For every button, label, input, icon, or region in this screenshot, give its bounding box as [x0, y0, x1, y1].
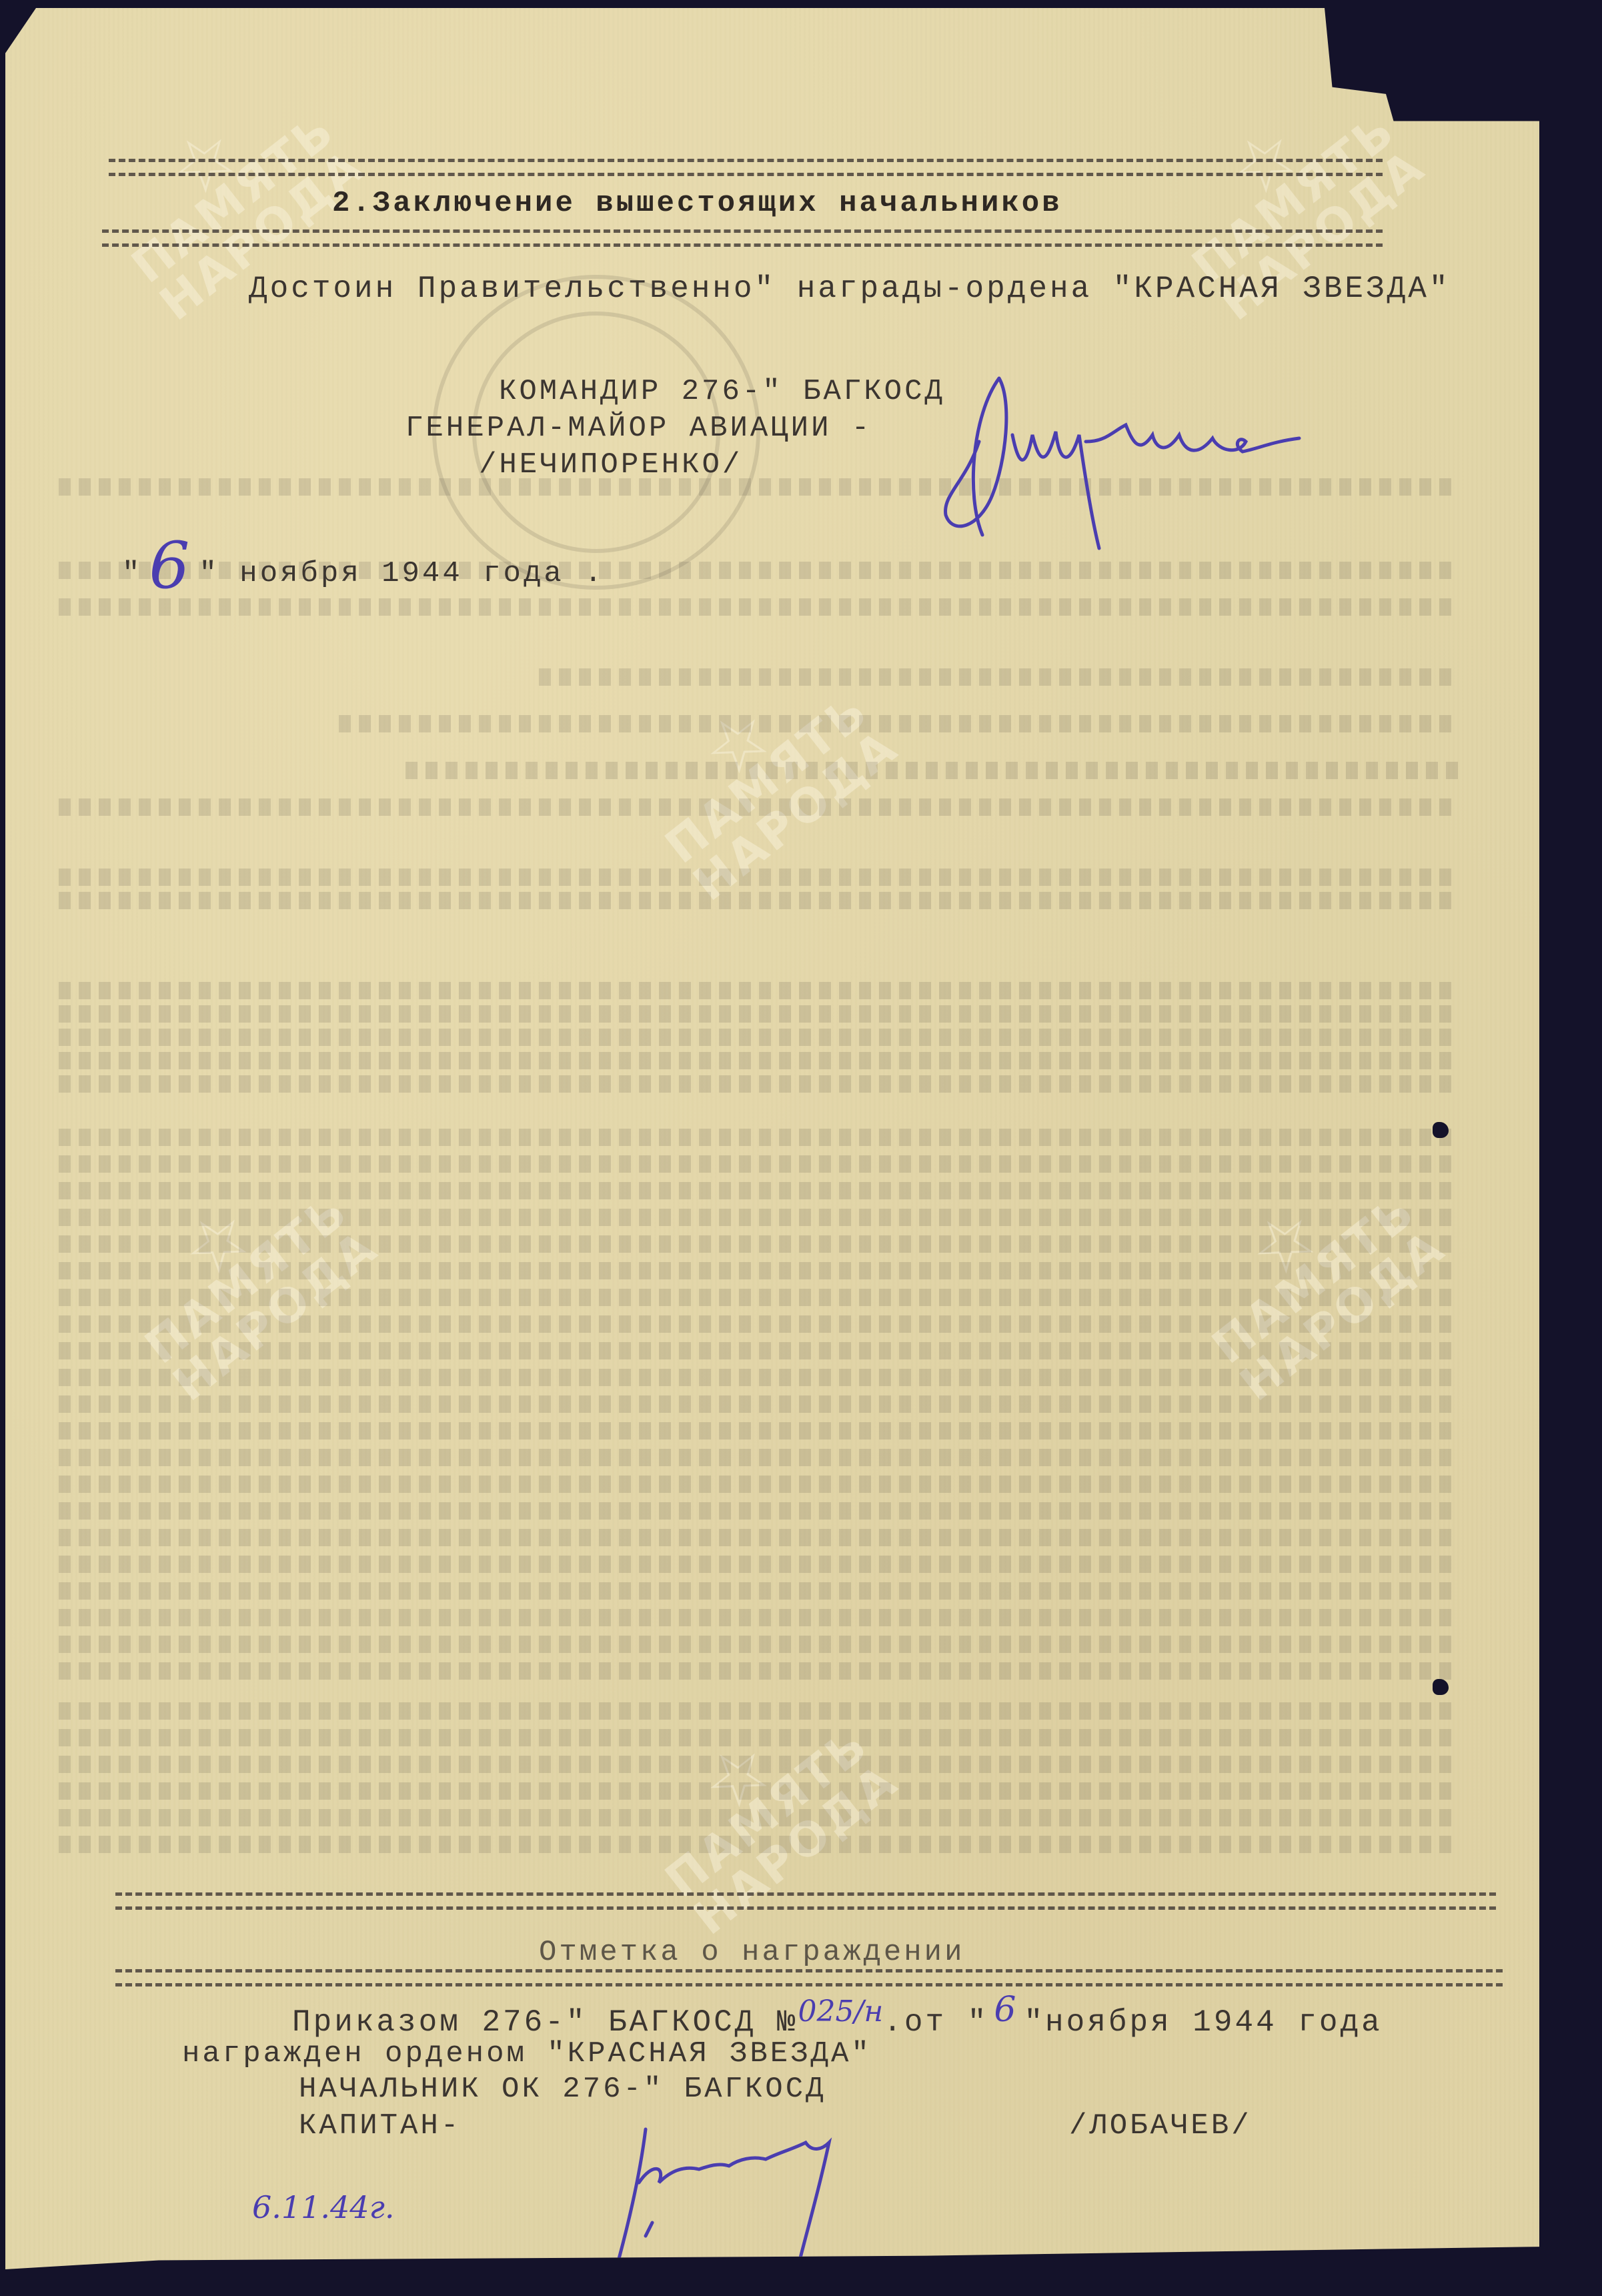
bleed-through-text — [59, 869, 1459, 886]
bleed-through-text — [59, 1289, 1459, 1306]
award-section-title: Отметка о награждении — [539, 1936, 965, 1969]
bleed-through-text — [59, 1476, 1459, 1493]
conclusion-text: Достоин Правительственно" награды-ордена… — [249, 271, 1450, 306]
date-line: "6" ноября 1944 года . — [122, 522, 605, 596]
paper-damage — [1433, 1122, 1449, 1138]
bleed-through-text — [59, 1702, 1459, 1720]
double-rule — [102, 229, 1383, 247]
bleed-through-text — [59, 1052, 1459, 1069]
bleed-through-text — [59, 1836, 1459, 1853]
bleed-through-text — [59, 1756, 1459, 1773]
bleed-through-text — [59, 1529, 1459, 1546]
document-page: ☆ПАМЯТЬНАРОДА ☆ПАМЯТЬНАРОДА ☆ПАМЯТЬНАРОД… — [5, 8, 1539, 2269]
awarded-line: награжден орденом "КРАСНАЯ ЗВЕЗДА" — [182, 2037, 872, 2071]
bleed-through-text — [59, 1155, 1459, 1173]
bleed-through-text — [59, 1782, 1459, 1800]
bleed-through-text — [59, 1029, 1459, 1046]
bleed-through-text — [59, 1209, 1459, 1226]
signature-nechiporenko — [926, 362, 1459, 562]
bleed-through-text — [59, 1449, 1459, 1466]
double-rule — [115, 1892, 1496, 1910]
signatory-rank: ГЕНЕРАЛ-МАЙОР АВИАЦИИ - — [406, 412, 872, 445]
bleed-through-text — [59, 1005, 1459, 1023]
bleed-through-text — [59, 1342, 1459, 1359]
bleed-through-text — [59, 798, 1459, 816]
bleed-through-text — [59, 598, 1459, 616]
signature-lobachev — [592, 2103, 1072, 2289]
bleed-through-text — [59, 892, 1459, 909]
bleed-through-text — [59, 982, 1459, 999]
official-position: НАЧАЛЬНИК ОК 276-" БАГКОСД — [299, 2073, 826, 2106]
bleed-through-text — [406, 762, 1459, 779]
bleed-through-text — [59, 1502, 1459, 1520]
official-rank: КАПИТАН- — [299, 2109, 461, 2143]
bleed-through-text — [59, 1422, 1459, 1440]
double-rule — [115, 1969, 1503, 1986]
bleed-through-text — [59, 1729, 1459, 1746]
handwritten-date: 6.11.44г. — [252, 2189, 394, 2225]
official-name: /ЛОБАЧЕВ/ — [1069, 2109, 1252, 2143]
bleed-through-text — [59, 1315, 1459, 1333]
bleed-through-text — [59, 1636, 1459, 1653]
bleed-through-text — [59, 1262, 1459, 1279]
handwritten-day: 6 — [149, 528, 192, 603]
bleed-through-text — [59, 1369, 1459, 1386]
bleed-through-text — [339, 715, 1459, 732]
handwritten-order-day: 6 — [994, 1990, 1018, 2030]
double-rule — [109, 159, 1383, 176]
paper-damage — [1433, 1679, 1449, 1695]
signatory-position: КОМАНДИР 276-" БАГКОСД — [499, 375, 945, 408]
bleed-through-text — [59, 1556, 1459, 1573]
award-order-line: Приказом 276-" БАГКОСД №025/н.от "6"нояб… — [292, 1999, 1383, 2040]
section-title: 2.Заключение вышестоящих начальников — [332, 187, 1062, 220]
bleed-through-text — [59, 1075, 1459, 1093]
bleed-through-text — [59, 1662, 1459, 1680]
bleed-through-text — [59, 1609, 1459, 1626]
bleed-through-text — [59, 1182, 1459, 1199]
handwritten-order-number: 025/н — [798, 1994, 884, 2029]
signatory-name: /НЕЧИПОРЕНКО/ — [479, 448, 742, 482]
bleed-through-text — [59, 1129, 1459, 1146]
bleed-through-text — [539, 668, 1459, 686]
bleed-through-text — [59, 1809, 1459, 1826]
bleed-through-text — [59, 1235, 1459, 1253]
bleed-through-text — [59, 1582, 1459, 1600]
bleed-through-text — [59, 1395, 1459, 1413]
